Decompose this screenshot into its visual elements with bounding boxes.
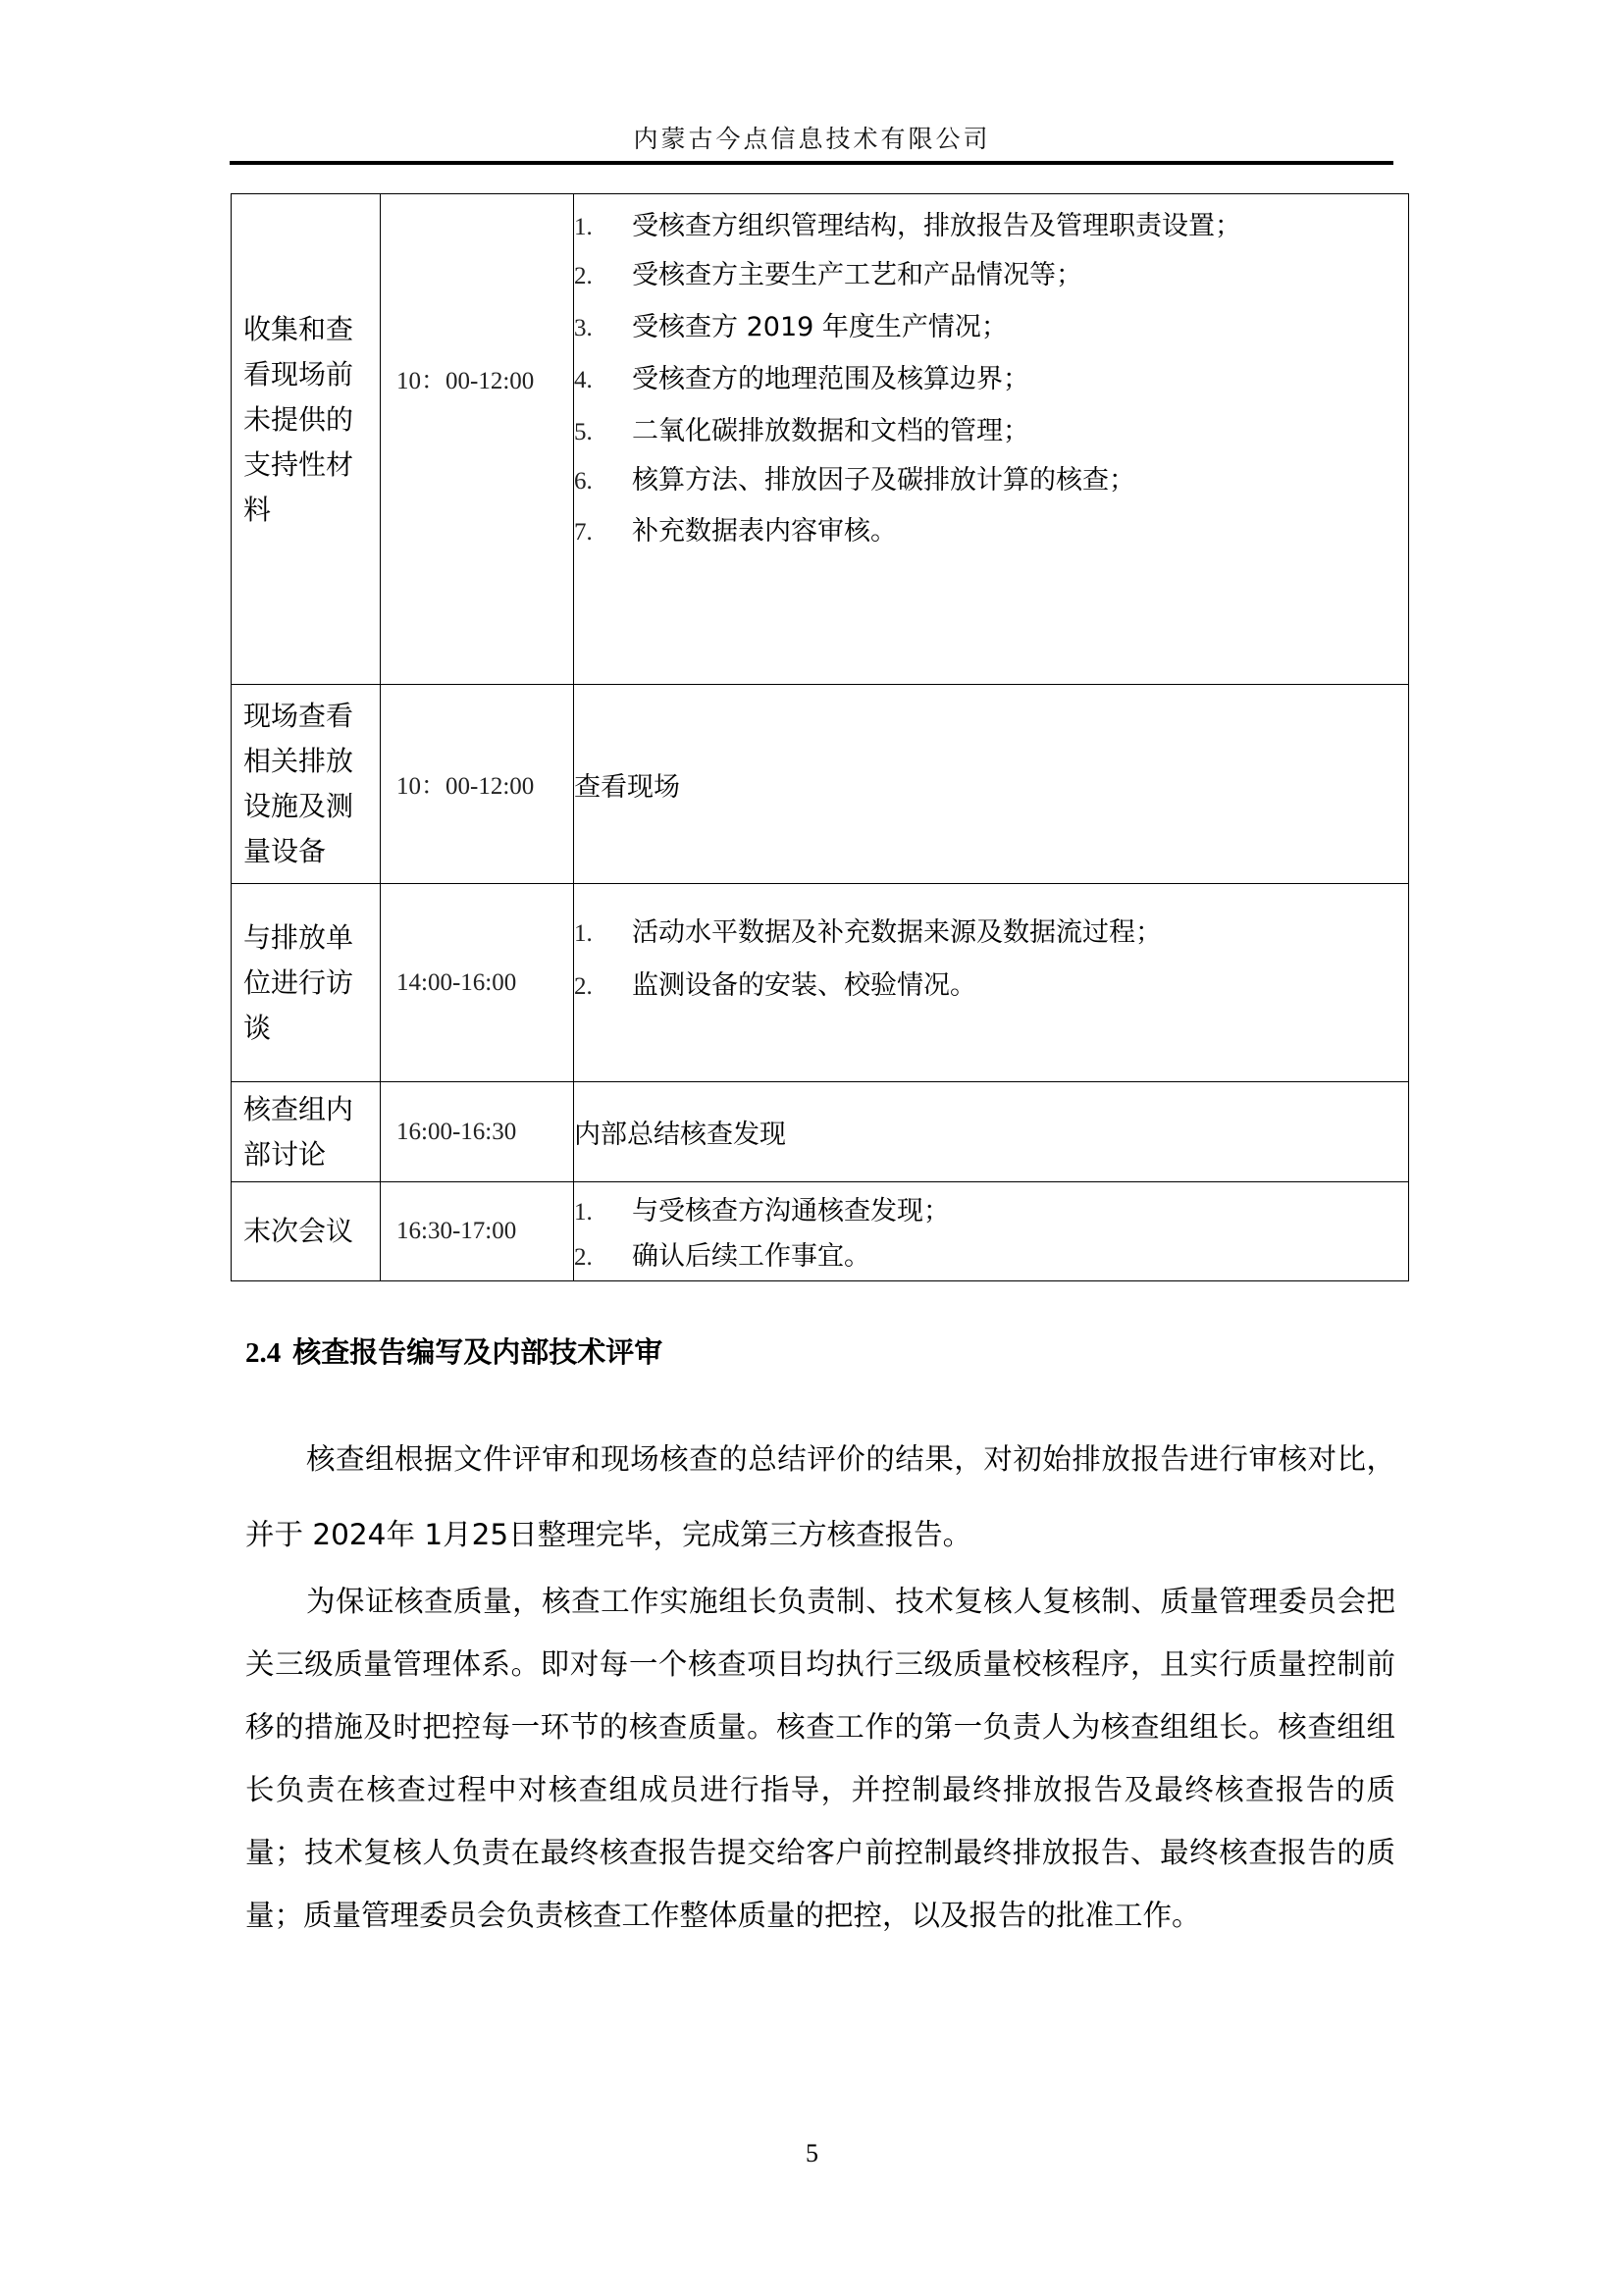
list-text: 补充数据表内容审核。 — [632, 509, 897, 548]
content-cell: 1. 受核查方组织管理结构，排放报告及管理职责设置； 2. 受核查方主要生产工艺… — [574, 194, 1409, 685]
activity-label: 末次会议 — [232, 1209, 380, 1254]
content-list: 1. 活动水平数据及补充数据来源及数据流过程； 2. 监测设备的安装、校验情况。 — [574, 911, 1408, 1003]
section-number: 2.4 — [245, 1337, 281, 1369]
body-paragraph: 核查组根据文件评审和现场核查的总结评价的结果，对初始排放报告进行审核对比，并于 … — [245, 1422, 1395, 1573]
list-item: 2. 监测设备的安装、校验情况。 — [574, 964, 1408, 1003]
list-item: 1. 受核查方组织管理结构，排放报告及管理职责设置； — [574, 204, 1408, 253]
time-label: 16:00-16:30 — [381, 1119, 573, 1146]
list-item: 1. 活动水平数据及补充数据来源及数据流过程； — [574, 911, 1408, 964]
list-item: 5. 二氧化碳排放数据和文档的管理； — [574, 409, 1408, 458]
time-label: 16:30-17:00 — [381, 1218, 573, 1245]
content-cell: 1. 活动水平数据及补充数据来源及数据流过程； 2. 监测设备的安装、校验情况。 — [574, 884, 1409, 1082]
list-number: 6. — [574, 468, 632, 496]
table-row: 末次会议 16:30-17:00 1. 与受核查方沟通核查发现； 2. 确认后续… — [232, 1182, 1409, 1281]
list-number: 1. — [574, 1199, 632, 1226]
list-item: 7. 补充数据表内容审核。 — [574, 509, 1408, 558]
activity-cell: 现场查看相关排放设施及测量设备 — [232, 685, 381, 884]
list-text: 监测设备的安装、校验情况。 — [632, 964, 976, 1002]
list-text: 与受核查方沟通核查发现； — [632, 1189, 950, 1227]
content-list: 1. 受核查方组织管理结构，排放报告及管理职责设置； 2. 受核查方主要生产工艺… — [574, 194, 1408, 558]
table-row: 与排放单位进行访谈 14:00-16:00 1. 活动水平数据及补充数据来源及数… — [232, 884, 1409, 1082]
time-cell: 16:30-17:00 — [381, 1182, 574, 1281]
list-number: 2. — [574, 973, 632, 1001]
activity-label: 收集和查看现场前未提供的支持性材料 — [232, 307, 380, 533]
list-number: 3. — [574, 315, 632, 342]
time-label: 10：00-12:00 — [381, 766, 573, 802]
time-label: 10：00-12:00 — [381, 361, 573, 396]
section-heading: 2.4核查报告编写及内部技术评审 — [245, 1330, 662, 1371]
activity-cell: 与排放单位进行访谈 — [232, 884, 381, 1082]
table-row: 现场查看相关排放设施及测量设备 10：00-12:00 查看现场 — [232, 685, 1409, 884]
list-text: 二氧化碳排放数据和文档的管理； — [632, 409, 1029, 447]
activity-label: 与排放单位进行访谈 — [232, 915, 380, 1051]
list-item: 3. 受核查方 2019 年度生产情况； — [574, 305, 1408, 357]
list-item: 4. 受核查方的地理范围及核算边界； — [574, 357, 1408, 409]
running-header-company: 内蒙古今点信息技术有限公司 — [231, 120, 1393, 155]
list-text: 受核查方组织管理结构，排放报告及管理职责设置； — [632, 204, 1241, 242]
time-cell: 16:00-16:30 — [381, 1082, 574, 1182]
content-text: 内部总结核查发现 — [574, 1113, 1408, 1151]
audit-schedule-table: 收集和查看现场前未提供的支持性材料 10：00-12:00 1. 受核查方组织管… — [231, 193, 1409, 1281]
list-text: 受核查方 2019 年度生产情况； — [632, 305, 1008, 343]
content-cell: 内部总结核查发现 — [574, 1082, 1409, 1182]
table-row: 收集和查看现场前未提供的支持性材料 10：00-12:00 1. 受核查方组织管… — [232, 194, 1409, 685]
content-cell: 1. 与受核查方沟通核查发现； 2. 确认后续工作事宜。 — [574, 1182, 1409, 1281]
content-list: 1. 与受核查方沟通核查发现； 2. 确认后续工作事宜。 — [574, 1189, 1408, 1274]
activity-label: 现场查看相关排放设施及测量设备 — [232, 694, 380, 874]
content-cell: 查看现场 — [574, 685, 1409, 884]
list-number: 2. — [574, 263, 632, 290]
page-number: 5 — [0, 2139, 1624, 2168]
activity-cell: 收集和查看现场前未提供的支持性材料 — [232, 194, 381, 685]
section-title: 核查报告编写及内部技术评审 — [292, 1335, 662, 1369]
list-text: 核算方法、排放因子及碳排放计算的核查； — [632, 458, 1135, 496]
time-cell: 10：00-12:00 — [381, 194, 574, 685]
list-item: 2. 受核查方主要生产工艺和产品情况等； — [574, 253, 1408, 305]
list-text: 受核查方主要生产工艺和产品情况等； — [632, 253, 1082, 291]
time-cell: 10：00-12:00 — [381, 685, 574, 884]
activity-cell: 核查组内部讨论 — [232, 1082, 381, 1182]
list-text: 活动水平数据及补充数据来源及数据流过程； — [632, 911, 1162, 949]
list-number: 4. — [574, 367, 632, 394]
list-text: 受核查方的地理范围及核算边界； — [632, 357, 1029, 395]
time-cell: 14:00-16:00 — [381, 884, 574, 1082]
list-text: 确认后续工作事宜。 — [632, 1234, 870, 1273]
list-number: 5. — [574, 419, 632, 446]
list-item: 6. 核算方法、排放因子及碳排放计算的核查； — [574, 458, 1408, 509]
list-item: 1. 与受核查方沟通核查发现； — [574, 1189, 1408, 1234]
list-number: 2. — [574, 1244, 632, 1272]
activity-label: 核查组内部讨论 — [232, 1087, 380, 1177]
body-paragraph: 为保证核查质量，核查工作实施组长负责制、技术复核人复核制、质量管理委员会把关三级… — [245, 1570, 1395, 1947]
table-row: 核查组内部讨论 16:00-16:30 内部总结核查发现 — [232, 1082, 1409, 1182]
document-page: 内蒙古今点信息技术有限公司 收集和查看现场前未提供的支持性材料 10：00-12… — [0, 0, 1624, 2295]
list-item: 2. 确认后续工作事宜。 — [574, 1234, 1408, 1274]
content-text: 查看现场 — [574, 765, 1408, 804]
time-label: 14:00-16:00 — [381, 969, 573, 997]
list-number: 7. — [574, 519, 632, 547]
list-number: 1. — [574, 920, 632, 948]
header-rule — [230, 161, 1393, 165]
list-number: 1. — [574, 214, 632, 241]
activity-cell: 末次会议 — [232, 1182, 381, 1281]
